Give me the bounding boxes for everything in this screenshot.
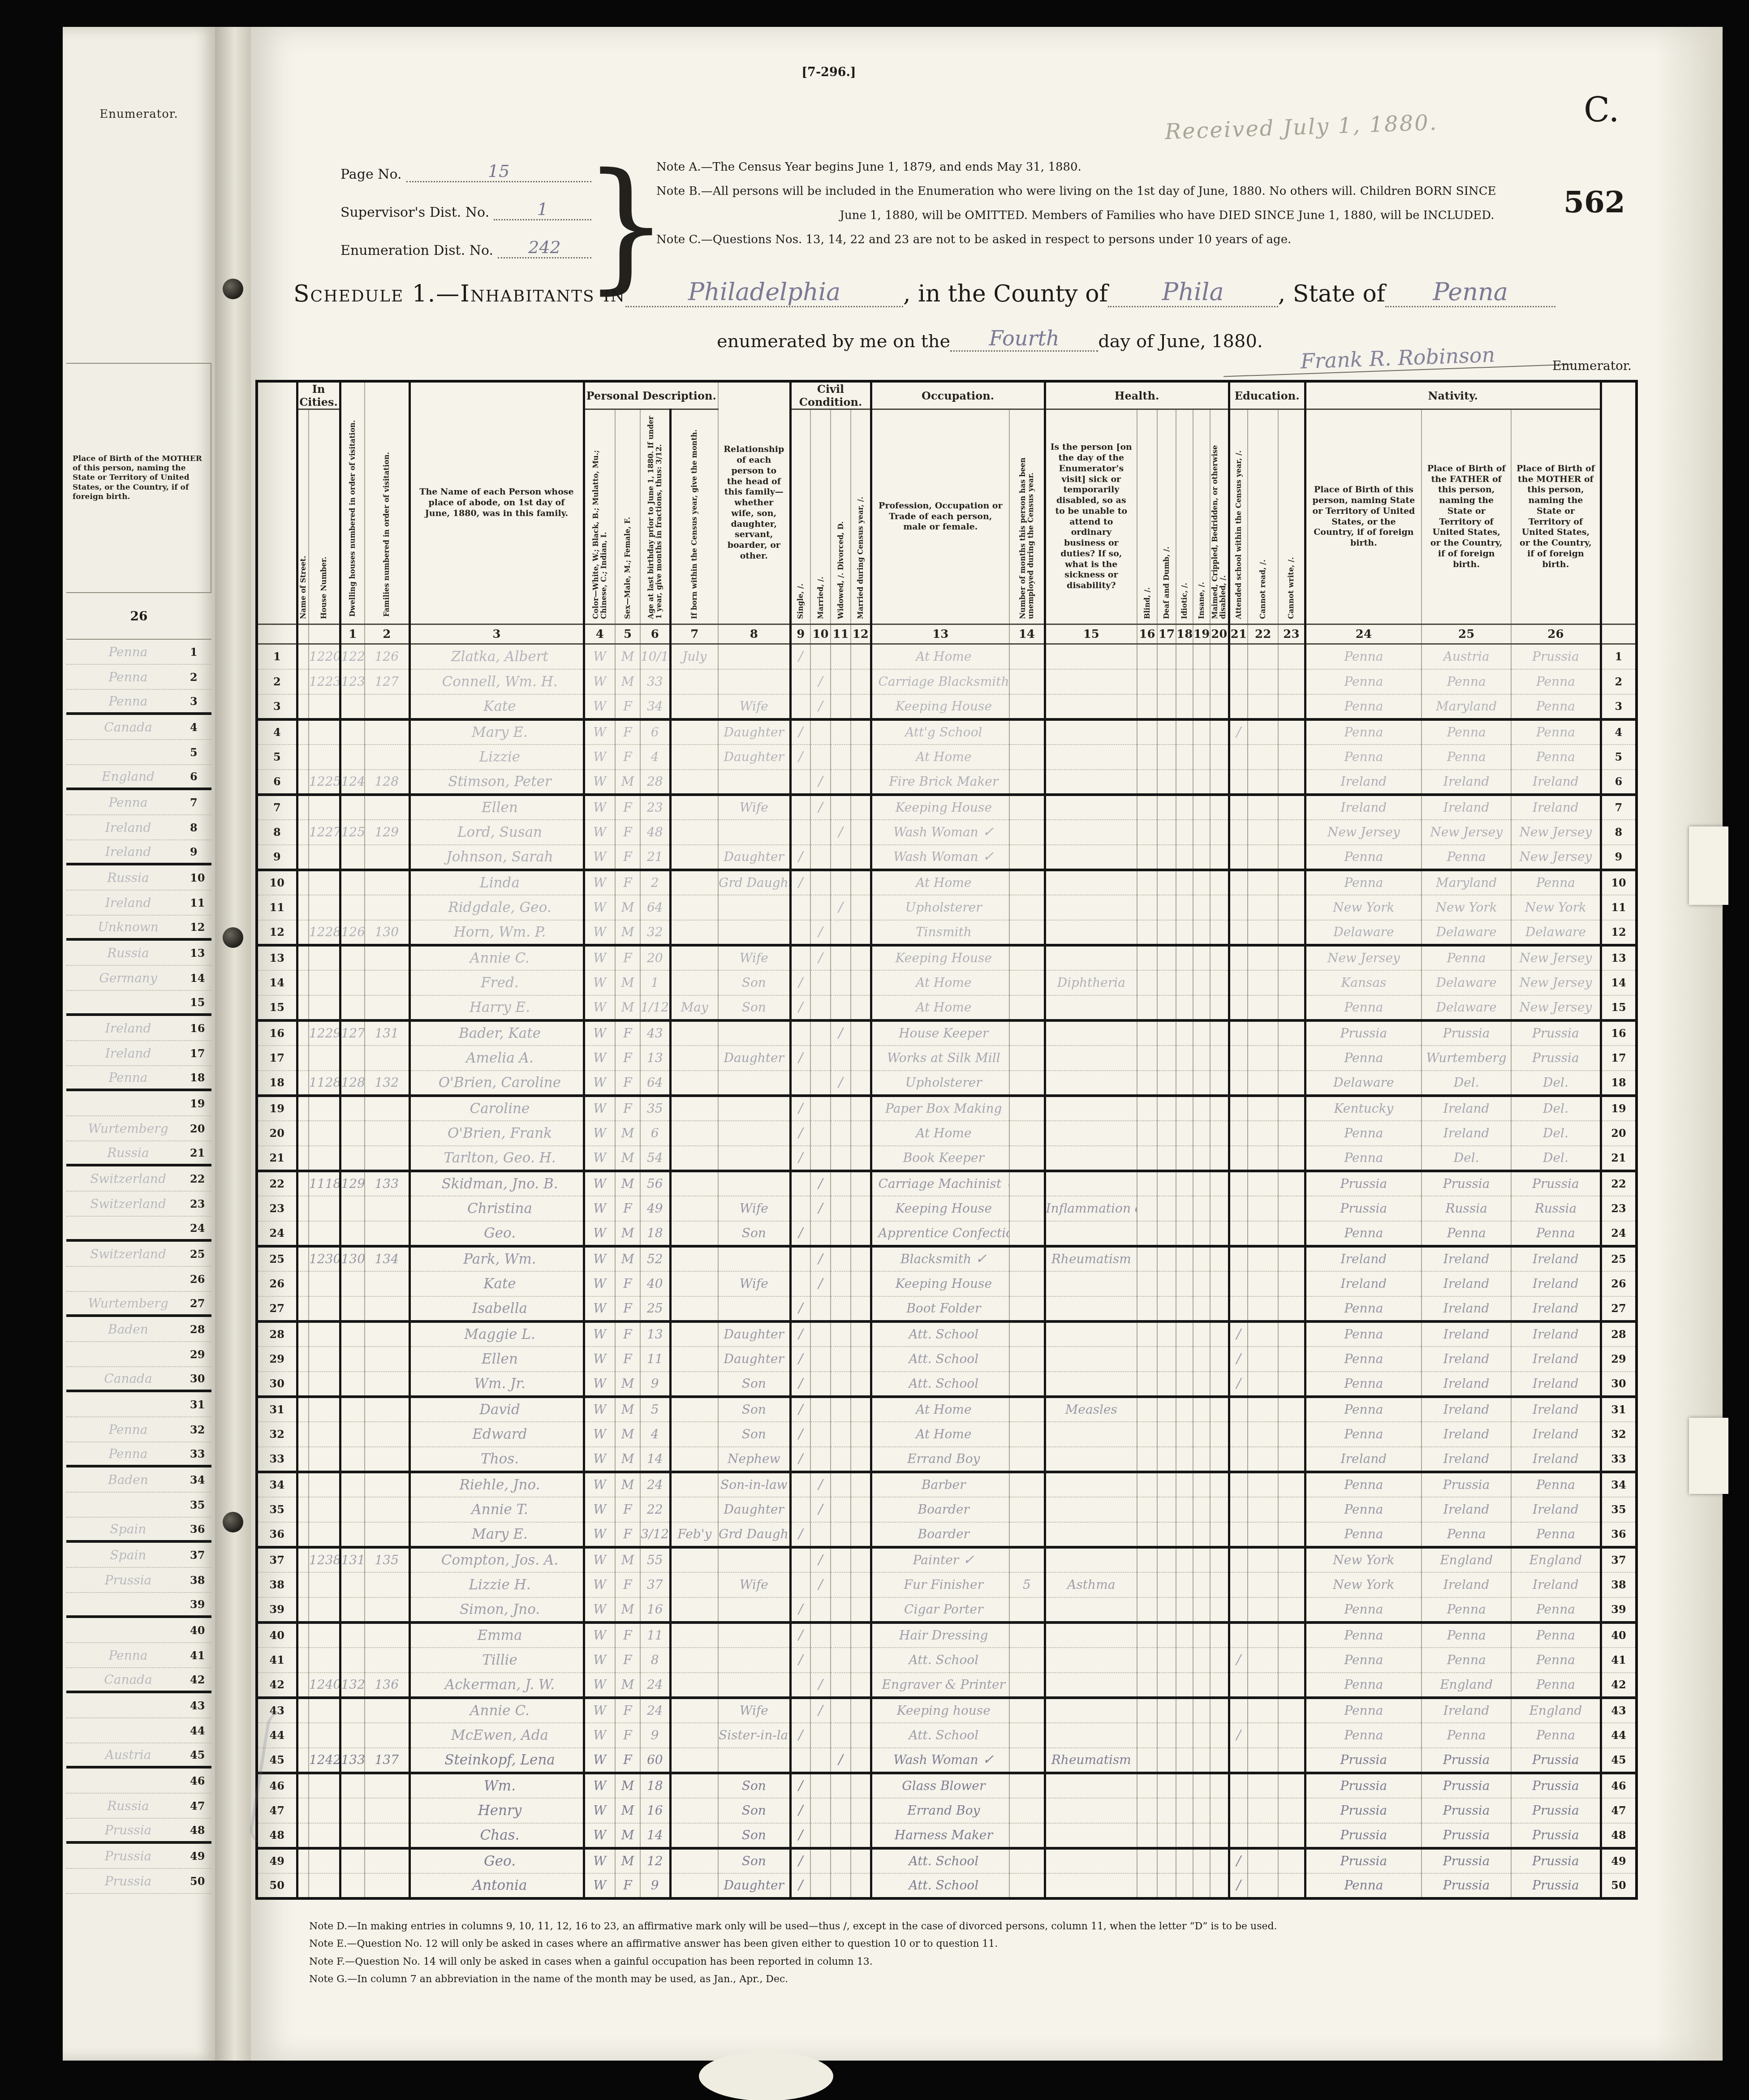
cell-b19 [1193, 1447, 1210, 1472]
cell-s: / [790, 1372, 810, 1397]
cell-rd [1248, 1347, 1278, 1372]
handwritten-age: 11 [647, 1351, 663, 1366]
cell-lnL: 40 [257, 1622, 297, 1648]
handwritten-name: Geo. [484, 1225, 516, 1241]
cell-dw [340, 795, 365, 820]
handwritten-mb: Prussia [1532, 1828, 1579, 1842]
cell-sch [1229, 1622, 1248, 1648]
handwritten-fb: Ireland [1443, 1703, 1490, 1718]
cell-occ: Att. School [871, 1648, 1009, 1673]
cell-month [670, 895, 718, 920]
cell-b20 [1210, 1522, 1229, 1547]
cell-wr [1278, 1046, 1305, 1071]
prev-birthplace-entry: Penna [66, 670, 190, 684]
cell-name: McEwen, Ada [409, 1723, 584, 1748]
handwritten-sex: F [623, 749, 632, 764]
cell-sch [1229, 744, 1248, 770]
handwritten-bp: Penna [1344, 1677, 1383, 1692]
handwritten-mb: New Jersey [1519, 825, 1592, 839]
handwritten-fb: Penna [1447, 1728, 1486, 1743]
handwritten-bp: Penna [1344, 1527, 1383, 1541]
handwritten-bp: Ireland [1341, 800, 1387, 815]
group-header-cc: Civil Condition. [790, 381, 871, 409]
cell-b16 [1137, 870, 1157, 895]
line-number: 2 [273, 675, 281, 688]
cell-fam [365, 1271, 409, 1296]
cell-street [297, 1146, 309, 1171]
cell-street [297, 1673, 309, 1698]
cell-age: 32 [640, 920, 670, 945]
cell-name: Riehle, Jno. [409, 1472, 584, 1497]
cell-mb: Penna [1511, 1723, 1601, 1748]
handwritten-mb: Prussia [1532, 1026, 1579, 1041]
cell-bp: Penna [1305, 1221, 1422, 1246]
cell-u [1009, 1673, 1045, 1698]
cell-rel [718, 644, 790, 669]
cell-b18 [1176, 1823, 1193, 1848]
cell-name: Chas. [409, 1823, 584, 1848]
handwritten-color: W [593, 1577, 606, 1592]
cell-mb: Penna [1511, 694, 1601, 719]
cell-b18 [1176, 770, 1193, 795]
cell-sex: F [615, 820, 640, 845]
cell-u [1009, 945, 1045, 970]
cell-mc [851, 1698, 871, 1723]
cell-dw [340, 970, 365, 995]
cell-u [1009, 870, 1045, 895]
cell-name: Ridgdale, Geo. [409, 895, 584, 920]
cell-mc [851, 1497, 871, 1522]
cell-wr [1278, 1071, 1305, 1096]
table-row: 15Harry E.WM1/12MaySon/At HomePennaDelaw… [257, 995, 1637, 1020]
line-number: 12 [1611, 925, 1626, 938]
cell-mb: Penna [1511, 1597, 1601, 1622]
handwritten-bp: Penna [1344, 1376, 1383, 1391]
cell-sick [1045, 669, 1137, 694]
cell-occ: Keeping House [871, 1196, 1009, 1221]
cell-name: Antonia [409, 1873, 584, 1898]
col-label-20: Maimed, Crippled, Bedridden, or otherwis… [1211, 415, 1227, 619]
cell-b20 [1210, 694, 1229, 719]
cell-fb: Penna [1422, 1522, 1511, 1547]
cell-rel: Nephew [718, 1447, 790, 1472]
cell-mb: Prussia [1511, 1848, 1601, 1873]
cell-mc [851, 1773, 871, 1798]
cell-u [1009, 1372, 1045, 1397]
prev-line-number: 14 [190, 972, 211, 985]
cell-sick [1045, 644, 1137, 669]
table-row: 47HenryWM16Son/Errand BoyPrussiaPrussiaP… [257, 1798, 1637, 1823]
prev-birthplace-entry: Switzerland [66, 1171, 190, 1186]
line-number: 26 [270, 1277, 284, 1290]
prev-birthplace-entry: Canada [66, 720, 190, 735]
group-header-pd: Personal Description. [584, 381, 718, 409]
cell-lnR: 46 [1601, 1773, 1637, 1798]
handwritten-name: Lizzie H. [469, 1577, 530, 1593]
cell-sch [1229, 1823, 1248, 1848]
cell-fb: Del. [1422, 1071, 1511, 1096]
cell-m: / [810, 1246, 831, 1271]
cell-mb: Penna [1511, 1472, 1601, 1497]
col-number-20: 20 [1210, 624, 1229, 644]
handwritten-mb: Penna [1536, 1477, 1575, 1492]
handwritten-sex: F [623, 951, 632, 965]
cell-rd [1248, 1372, 1278, 1397]
prev-row: Penna18 [66, 1066, 211, 1091]
cell-b19 [1193, 1096, 1210, 1121]
handwritten-bp: Penna [1344, 649, 1383, 664]
cell-rel [718, 1622, 790, 1648]
cell-w [831, 995, 851, 1020]
cell-b16 [1137, 1597, 1157, 1622]
prev-row: Penna32 [66, 1417, 211, 1442]
cell-wr [1278, 1422, 1305, 1447]
handwritten-occ: Boot Folder [906, 1301, 981, 1316]
cell-lnR: 47 [1601, 1798, 1637, 1823]
cell-house [309, 1347, 340, 1372]
cell-b18 [1176, 1497, 1193, 1522]
cell-mb: Ireland [1511, 1372, 1601, 1397]
cell-fam [365, 1121, 409, 1146]
cell-fam [365, 1798, 409, 1823]
day-handwritten: Fourth [950, 326, 1098, 352]
cell-color: W [584, 770, 615, 795]
handwritten-occ: Harness Maker [895, 1828, 993, 1842]
handwritten-mb: New Jersey [1519, 1000, 1592, 1015]
edge-tab [1689, 1418, 1728, 1494]
handwritten-sex: F [623, 1101, 632, 1116]
cell-house: 1227 [309, 820, 340, 845]
cell-b16 [1137, 1422, 1157, 1447]
cell-name: Zlatka, Albert [409, 644, 584, 669]
handwritten-name: Fred. [481, 975, 518, 991]
cell-s: / [790, 970, 810, 995]
line-number: 44 [1611, 1729, 1626, 1742]
cell-b16 [1137, 1497, 1157, 1522]
cell-fam: 137 [365, 1748, 409, 1773]
col-header-15: Is the person [on the day of the Enumera… [1045, 409, 1137, 624]
cell-rd [1248, 1146, 1278, 1171]
handwritten-fb: Ireland [1443, 1427, 1490, 1442]
cell-fb: Penna [1422, 744, 1511, 770]
cell-sex: M [615, 770, 640, 795]
col-number-5: 5 [615, 624, 640, 644]
handwritten-age: 12 [647, 1854, 663, 1868]
cell-fb: Delaware [1422, 995, 1511, 1020]
cell-dw [340, 1096, 365, 1121]
enumeration-dist-value: 242 [498, 237, 591, 258]
prev-line-number: 9 [190, 845, 211, 858]
cell-sick [1045, 895, 1137, 920]
cell-b17 [1157, 669, 1176, 694]
handwritten-sex: M [621, 1451, 634, 1466]
handwritten-age: 3/12 [641, 1527, 669, 1541]
cell-dw [340, 1372, 365, 1397]
handwritten-sch: / [1236, 1853, 1241, 1869]
handwritten-sick: Rheumatism [1051, 1752, 1131, 1767]
col-header-street: Name of Street. [297, 409, 309, 624]
handwritten-mb: Ireland [1533, 1301, 1579, 1316]
cell-occ: Carriage Blacksmith [871, 669, 1009, 694]
handwritten-occ: Glass Blower [902, 1778, 985, 1793]
handwritten-mb: Delaware [1525, 925, 1586, 939]
cell-b18 [1176, 1020, 1193, 1046]
cell-rel [718, 1146, 790, 1171]
cell-wr [1278, 1221, 1305, 1246]
cell-street [297, 895, 309, 920]
handwritten-fb: Prussia [1443, 1176, 1490, 1191]
handwritten-fam: 136 [375, 1677, 399, 1692]
cell-b19 [1193, 669, 1210, 694]
schedule-title-line: Schedule 1.—Inhabitants in Philadelphia … [293, 278, 1673, 307]
handwritten-sch: / [1236, 1376, 1241, 1391]
cell-w [831, 920, 851, 945]
cell-mb: Penna [1511, 1673, 1601, 1698]
cell-wr [1278, 1698, 1305, 1723]
cell-sex: F [615, 1698, 640, 1723]
page-no-value: 15 [406, 161, 591, 182]
cell-name: Mary E. [409, 719, 584, 744]
cell-age: 33 [640, 669, 670, 694]
cell-rel: Son [718, 970, 790, 995]
cell-s: / [790, 870, 810, 895]
cell-u [1009, 920, 1045, 945]
handwritten-fb: Prussia [1443, 1477, 1490, 1492]
cell-dw: 123 [340, 669, 365, 694]
col-label-22: Cannot read, /. [1259, 415, 1267, 619]
cell-b18 [1176, 1296, 1193, 1321]
prev-line-number: 42 [190, 1673, 211, 1686]
cell-age: 20 [640, 945, 670, 970]
cell-fam: 131 [365, 1020, 409, 1046]
cell-dw: 133 [340, 1748, 365, 1773]
cell-b20 [1210, 820, 1229, 845]
table-row: 48Chas.WM14Son/Harness MakerPrussiaPruss… [257, 1823, 1637, 1848]
cell-month [670, 1622, 718, 1648]
handwritten-color: W [593, 1703, 606, 1718]
handwritten-name: Steinkopf, Lena [444, 1752, 555, 1768]
handwritten-sick: Asthma [1067, 1577, 1115, 1592]
cell-rd [1248, 1698, 1278, 1723]
prev-line-number: 12 [190, 921, 211, 934]
table-row: 20O'Brien, FrankWM6/At HomePennaIrelandD… [257, 1121, 1637, 1146]
handwritten-sch: / [1236, 1351, 1241, 1367]
handwritten-occ: At Home [916, 1427, 971, 1442]
cell-fam: 127 [365, 669, 409, 694]
line-number: 38 [270, 1578, 284, 1591]
prev-row: Penna3 [66, 690, 211, 715]
cell-b20 [1210, 1046, 1229, 1071]
cell-lnR: 5 [1601, 744, 1637, 770]
cell-mc [851, 895, 871, 920]
col-number-25: 25 [1422, 624, 1511, 644]
cell-dw [340, 1196, 365, 1221]
cell-house: 1238 [309, 1547, 340, 1572]
handwritten-mb: Prussia [1532, 1050, 1579, 1065]
handwritten-sex: F [623, 1026, 632, 1041]
cell-occ: Boarder [871, 1497, 1009, 1522]
line-number: 17 [270, 1051, 284, 1064]
cell-b17 [1157, 1547, 1176, 1572]
prev-line-number: 4 [190, 721, 211, 734]
cell-month [670, 1372, 718, 1397]
handwritten-fb: Ireland [1443, 1252, 1490, 1266]
cell-b19 [1193, 1597, 1210, 1622]
cell-bp: Penna [1305, 644, 1422, 669]
cell-b20 [1210, 1597, 1229, 1622]
line-number: 9 [273, 850, 281, 863]
col-label-17: Deaf and Dumb, /. [1163, 415, 1171, 619]
handwritten-rel: Wife [740, 1276, 768, 1291]
cell-b17 [1157, 1372, 1176, 1397]
cell-lnR: 36 [1601, 1522, 1637, 1547]
cell-rd [1248, 1572, 1278, 1597]
cell-fam: 130 [365, 920, 409, 945]
handwritten-sick: Diphtheria [1057, 975, 1125, 990]
cell-w [831, 795, 851, 820]
cell-lnL: 13 [257, 945, 297, 970]
handwritten-fam: 132 [375, 1075, 399, 1090]
handwritten-m: / [818, 1552, 823, 1568]
handwritten-bp: Penna [1344, 1703, 1383, 1718]
handwritten-sex: F [623, 1301, 632, 1316]
cell-b19 [1193, 1648, 1210, 1673]
cell-lnL: 22 [257, 1171, 297, 1196]
handwritten-sex: F [623, 1276, 632, 1291]
cell-sex: F [615, 1873, 640, 1898]
handwritten-fb: Ireland [1443, 1577, 1490, 1592]
cell-house [309, 1296, 340, 1321]
handwritten-rel: Grd Daughter [719, 875, 790, 890]
cell-lnL: 28 [257, 1321, 297, 1347]
cell-rd [1248, 920, 1278, 945]
cell-month [670, 719, 718, 744]
cell-age: 5 [640, 1397, 670, 1422]
handwritten-bp: Penna [1344, 849, 1383, 864]
cell-b19 [1193, 1622, 1210, 1648]
cell-b17 [1157, 1422, 1176, 1447]
cell-dw [340, 1422, 365, 1447]
cell-b19 [1193, 1296, 1210, 1321]
cell-u [1009, 770, 1045, 795]
cell-u [1009, 1397, 1045, 1422]
cell-b20 [1210, 845, 1229, 870]
cell-lnL: 3 [257, 694, 297, 719]
cell-mc [851, 719, 871, 744]
cell-wr [1278, 744, 1305, 770]
prev-line-number: 18 [190, 1071, 211, 1084]
cell-month [670, 1723, 718, 1748]
cell-b19 [1193, 1221, 1210, 1246]
cell-u [1009, 1046, 1045, 1071]
cell-b20 [1210, 870, 1229, 895]
cell-name: Kate [409, 694, 584, 719]
cell-m [810, 644, 831, 669]
handwritten-sex: M [621, 1854, 634, 1868]
cell-age: 8 [640, 1648, 670, 1673]
cell-rd [1248, 1171, 1278, 1196]
handwritten-m: / [818, 1176, 823, 1192]
cell-mb: Prussia [1511, 1046, 1601, 1071]
cell-mb: Penna [1511, 1221, 1601, 1246]
cell-u [1009, 1773, 1045, 1798]
cell-rel [718, 770, 790, 795]
cell-color: W [584, 1723, 615, 1748]
handwritten-bp: Penna [1344, 1226, 1383, 1240]
cell-sch [1229, 1547, 1248, 1572]
cell-mb: Penna [1511, 1522, 1601, 1547]
cell-b17 [1157, 970, 1176, 995]
cell-s: / [790, 719, 810, 744]
cell-month [670, 1196, 718, 1221]
col-label-21: Attended school within the Census year, … [1235, 415, 1243, 619]
cell-month [670, 1648, 718, 1673]
cell-sex: M [615, 644, 640, 669]
handwritten-color: W [593, 1778, 606, 1793]
handwritten-name: Connell, Wm. H. [442, 674, 557, 690]
handwritten-occ: At Home [916, 649, 971, 664]
cell-name: Emma [409, 1622, 584, 1648]
cell-bp: Penna [1305, 1296, 1422, 1321]
prev-row: Spain36 [66, 1518, 211, 1543]
table-row: 11220122126Zlatka, AlbertWM10/12July/At … [257, 644, 1637, 669]
prev-line-number: 24 [190, 1222, 211, 1235]
cell-fb: Ireland [1422, 1096, 1511, 1121]
handwritten-fb: Ireland [1443, 1502, 1490, 1517]
cell-mb: Ireland [1511, 1572, 1601, 1597]
cell-month [670, 1121, 718, 1146]
cell-bp: Kentucky [1305, 1096, 1422, 1121]
cell-b20 [1210, 795, 1229, 820]
handwritten-age: 1 [651, 975, 659, 990]
cell-rel [718, 1121, 790, 1146]
cell-u [1009, 1071, 1045, 1096]
handwritten-sex: M [621, 925, 634, 939]
cell-wr [1278, 1447, 1305, 1472]
cell-street [297, 845, 309, 870]
cell-age: 10/12 [640, 644, 670, 669]
handwritten-sex: M [621, 1477, 634, 1492]
cell-lnL: 37 [257, 1547, 297, 1572]
cell-b18 [1176, 1221, 1193, 1246]
col-header-13: Profession, Occupation or Trade of each … [871, 409, 1009, 624]
form-number: [7-296.] [762, 65, 896, 79]
cell-mc [851, 1673, 871, 1698]
cell-dw [340, 1447, 365, 1472]
cell-m [810, 1096, 831, 1121]
cell-mb: Ireland [1511, 1271, 1601, 1296]
cell-rd [1248, 1773, 1278, 1798]
cell-name: Isabella [409, 1296, 584, 1321]
line-number: 50 [270, 1879, 284, 1892]
prev-birthplace-entry: Penna [66, 1070, 190, 1085]
cell-s [790, 820, 810, 845]
prev-row: 40 [66, 1618, 211, 1643]
cell-sick: Asthma [1045, 1572, 1137, 1597]
cell-wr [1278, 795, 1305, 820]
cell-s: / [790, 1347, 810, 1372]
handwritten-color: W [593, 1502, 606, 1517]
cell-age: 9 [640, 1372, 670, 1397]
line-number: 8 [273, 826, 281, 839]
line-number: 2 [1615, 675, 1623, 688]
prev-line-number: 45 [190, 1748, 211, 1761]
cell-sick [1045, 1848, 1137, 1873]
cell-occ: Apprentice Confectioner [871, 1221, 1009, 1246]
cell-bp: Penna [1305, 1698, 1422, 1723]
handwritten-sex: M [621, 1376, 634, 1391]
cell-s [790, 1171, 810, 1196]
